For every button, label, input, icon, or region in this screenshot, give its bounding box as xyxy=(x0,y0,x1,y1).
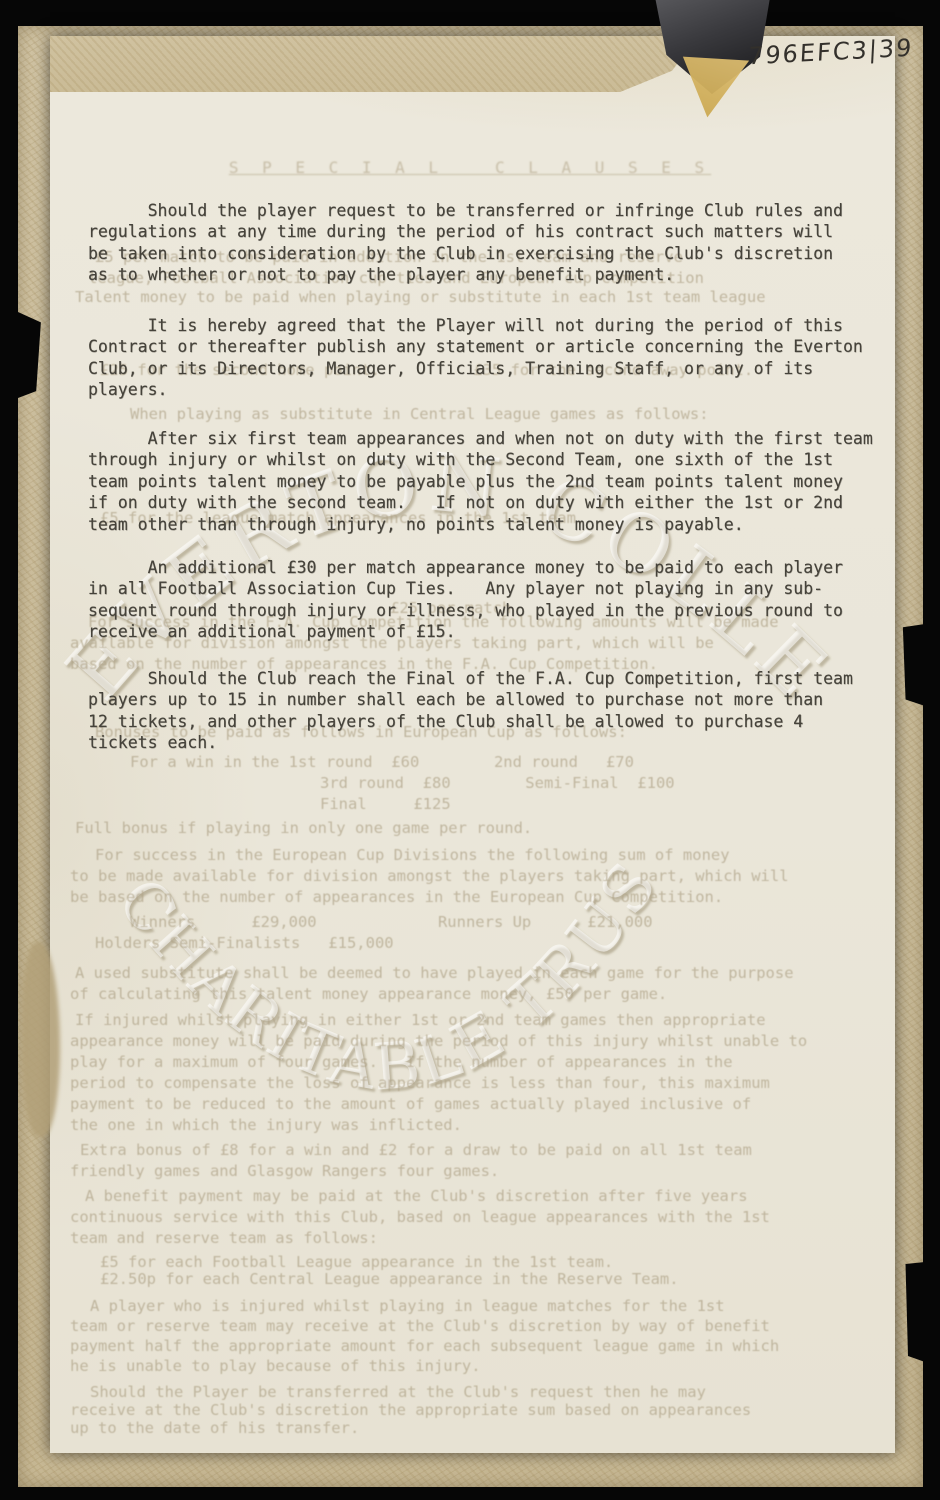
typed-paragraph-1: Should the player request to be transfer… xyxy=(88,200,843,286)
typed-paragraph-5: Should the Club reach the Final of the F… xyxy=(88,668,853,754)
typed-paragraph-4: An additional £30 per match appearance m… xyxy=(88,557,843,643)
album-mat-top-strip xyxy=(50,36,698,92)
scanned-document-photo: EVERTON COLLECTION CHARITABLE TRUST EVER… xyxy=(0,0,940,1500)
typed-paragraph-2: It is hereby agreed that the Player will… xyxy=(88,315,863,401)
typed-paragraph-3: After six first team appearances and whe… xyxy=(88,428,873,535)
